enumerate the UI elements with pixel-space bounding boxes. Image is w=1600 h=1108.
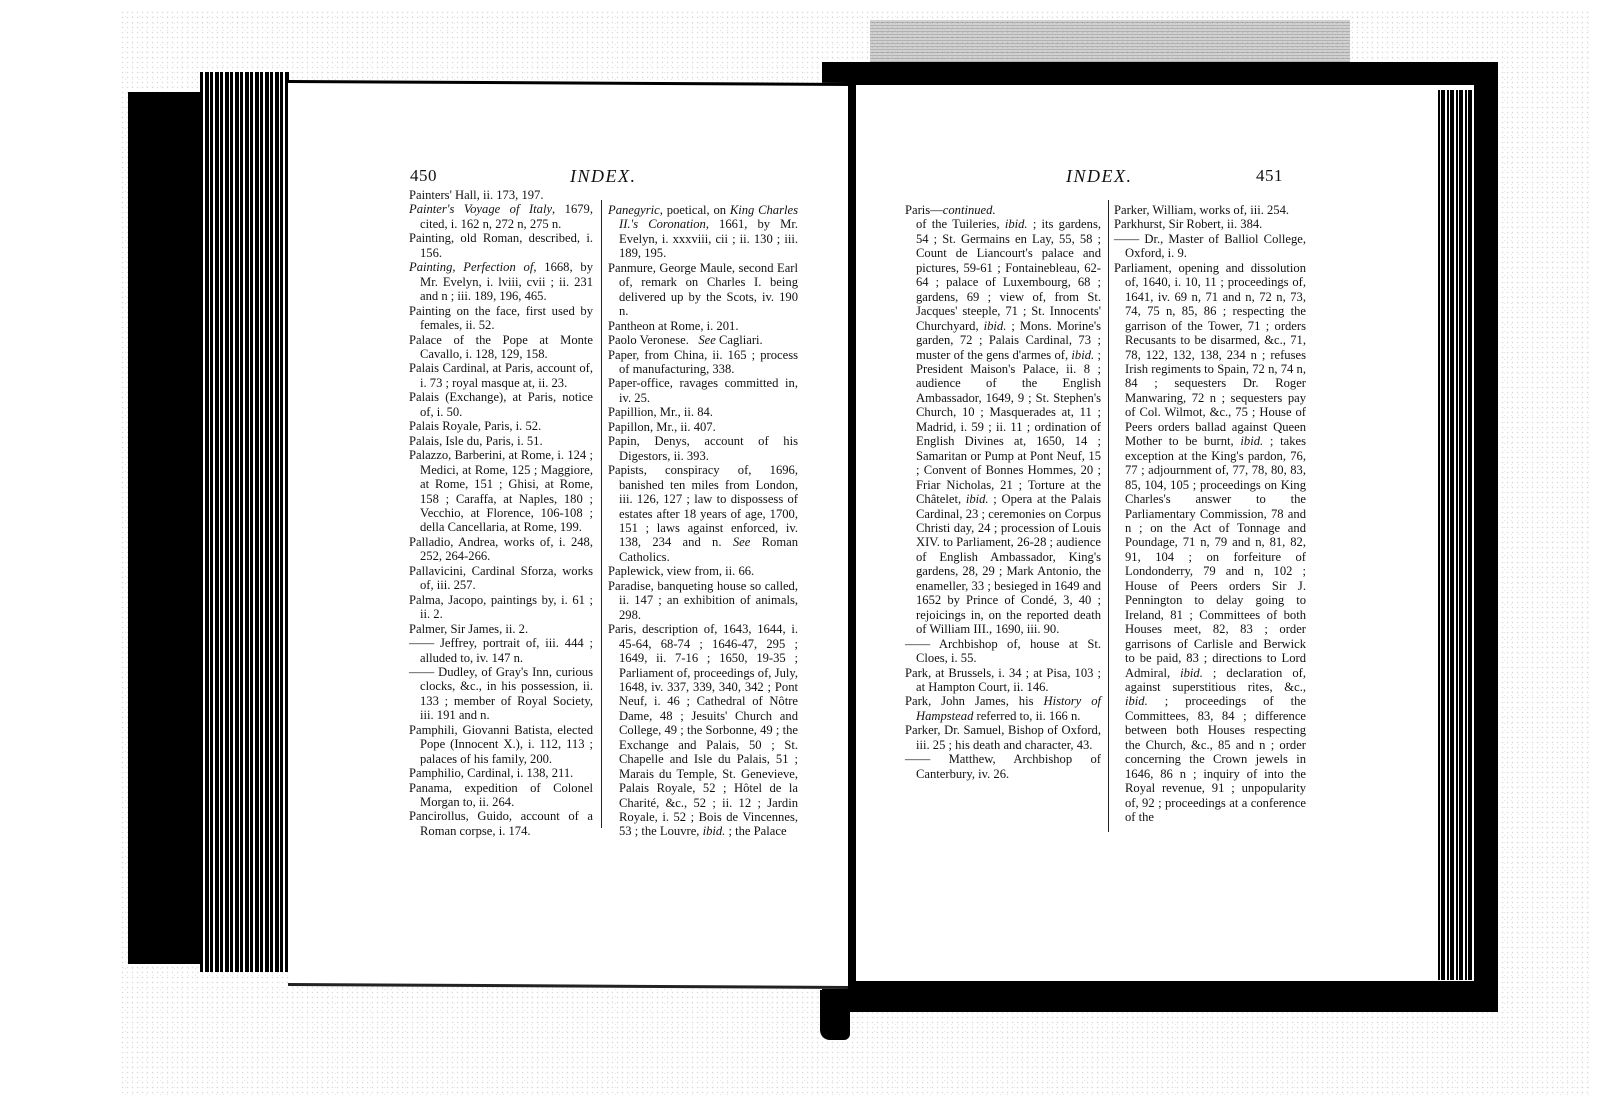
index-entry: Paris, description of, 1643, 1644, i. 45… xyxy=(608,622,798,839)
index-entry: Palais Royale, Paris, i. 52. xyxy=(409,419,593,433)
index-entry: Parliament, opening and dissolution of, … xyxy=(1114,261,1306,825)
index-entry: Park, John James, his History of Hampste… xyxy=(905,694,1101,723)
index-entry: Parker, William, works of, iii. 254. xyxy=(1114,203,1306,217)
index-entry: Palmer, Sir James, ii. 2. xyxy=(409,622,593,636)
index-entry: of the Tuileries, ibid. ; its gardens, 5… xyxy=(905,217,1101,636)
index-entry: Papin, Denys, account of his Digestors, … xyxy=(608,434,798,463)
index-entry: Panama, expedition of Colonel Morgan to,… xyxy=(409,781,593,810)
index-entry: Papists, conspiracy of, 1696, banished t… xyxy=(608,463,798,564)
index-entry: Paper-office, ravages committed in, iv. … xyxy=(608,376,798,405)
index-entry: Palais, Isle du, Paris, i. 51. xyxy=(409,434,593,448)
index-entry: Painters' Hall, ii. 173, 197. xyxy=(409,188,593,202)
index-column-left-2: Panegyric, poetical, on King Charles II.… xyxy=(608,203,798,839)
bookmark-ribbon xyxy=(820,990,850,1040)
book-gutter xyxy=(848,82,851,998)
index-column-right-1: Paris—continued.of the Tuileries, ibid. … xyxy=(905,203,1101,781)
index-entry: —— Archbishop of, house at St. Cloes, i.… xyxy=(905,637,1101,666)
index-entry: Painting on the face, first used by fema… xyxy=(409,304,593,333)
index-entry: Palace of the Pope at Monte Cavallo, i. … xyxy=(409,333,593,362)
index-entry: Palladio, Andrea, works of, i. 248, 252,… xyxy=(409,535,593,564)
right-page-edges xyxy=(1436,90,1476,980)
index-entry: Palais Cardinal, at Paris, account of, i… xyxy=(409,361,593,390)
index-entry: Palazzo, Barberini, at Rome, i. 124 ; Me… xyxy=(409,448,593,535)
index-column-right-2: Parker, William, works of, iii. 254.Park… xyxy=(1114,203,1306,824)
index-entry: Papillon, Mr., ii. 407. xyxy=(608,420,798,434)
book-top-edge xyxy=(870,20,1350,68)
index-entry: Pamphili, Giovanni Batista, elected Pope… xyxy=(409,723,593,766)
page-number-left: 450 xyxy=(410,166,437,186)
index-entry: Parkhurst, Sir Robert, ii. 384. xyxy=(1114,217,1306,231)
running-head-right: INDEX. xyxy=(1066,166,1133,187)
page-number-right: 451 xyxy=(1256,166,1283,186)
index-entry: Pallavicini, Cardinal Sforza, works of, … xyxy=(409,564,593,593)
index-entry: Pamphilio, Cardinal, i. 138, 211. xyxy=(409,766,593,780)
index-entry: —— Dr., Master of Balliol College, Oxfor… xyxy=(1114,232,1306,261)
index-entry: Palma, Jacopo, paintings by, i. 61 ; ii.… xyxy=(409,593,593,622)
index-entry: Paolo Veronese. See Cagliari. xyxy=(608,333,798,347)
index-entry: Panmure, George Maule, second Earl of, r… xyxy=(608,261,798,319)
index-entry: Pancirollus, Guido, account of a Roman c… xyxy=(409,809,593,838)
index-entry: Paper, from China, ii. 165 ; process of … xyxy=(608,348,798,377)
index-entry: —— Jeffrey, portrait of, iii. 444 ; allu… xyxy=(409,636,593,665)
index-entry: Park, at Brussels, i. 34 ; at Pisa, 103 … xyxy=(905,666,1101,695)
column-rule xyxy=(601,200,602,828)
index-heading: Paris—continued. xyxy=(905,203,1101,217)
index-entry: Pantheon at Rome, i. 201. xyxy=(608,319,798,333)
index-entry: Panegyric, poetical, on King Charles II.… xyxy=(608,203,798,261)
running-head-left: INDEX. xyxy=(570,166,637,187)
index-entry: —— Dudley, of Gray's Inn, curious clocks… xyxy=(409,665,593,723)
column-rule xyxy=(1108,200,1109,832)
left-page-edges xyxy=(200,72,290,972)
index-entry: Parker, Dr. Samuel, Bishop of Oxford, ii… xyxy=(905,723,1101,752)
index-entry: Painting, Perfection of, 1668, by Mr. Ev… xyxy=(409,260,593,303)
index-column-left-1: Painters' Hall, ii. 173, 197.Painter's V… xyxy=(409,188,593,838)
index-entry: Paplewick, view from, ii. 66. xyxy=(608,564,798,578)
index-entry: Papillion, Mr., ii. 84. xyxy=(608,405,798,419)
index-entry: —— Matthew, Archbishop of Canterbury, iv… xyxy=(905,752,1101,781)
index-entry: Painting, old Roman, described, i. 156. xyxy=(409,231,593,260)
index-entry: Paradise, banqueting house so called, ii… xyxy=(608,579,798,622)
index-entry: Painter's Voyage of Italy, 1679, cited, … xyxy=(409,202,593,231)
index-entry: Palais (Exchange), at Paris, notice of, … xyxy=(409,390,593,419)
